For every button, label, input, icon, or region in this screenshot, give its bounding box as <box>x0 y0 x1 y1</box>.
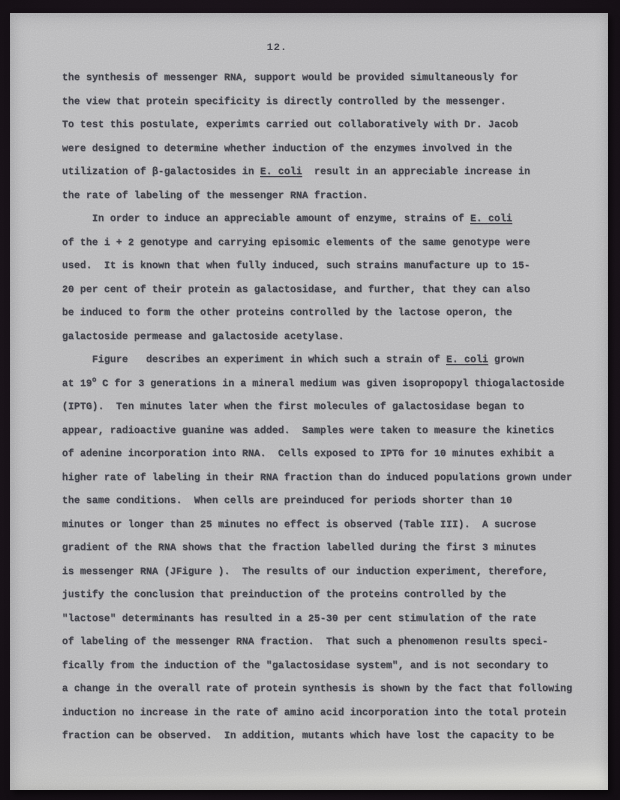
text-segment: fraction can be observed. In addition, m… <box>62 731 554 742</box>
text-segment: be induced to form the other proteins co… <box>62 308 512 319</box>
text-segment: 20 per cent of their protein as galactos… <box>62 285 530 296</box>
text-line: appear, radioactive guanine was added. S… <box>62 420 596 444</box>
text-line: of adenine incorporation into RNA. Cells… <box>62 443 596 467</box>
text-line: "lactose" determinants has resulted in a… <box>62 608 596 632</box>
text-line: a change in the overall rate of protein … <box>62 678 596 702</box>
text-segment: To test this postulate, experimts carrie… <box>62 120 518 131</box>
text-line: 20 per cent of their protein as galactos… <box>62 279 596 303</box>
text-line: the rate of labeling of the messenger RN… <box>62 185 596 209</box>
text-line: galactoside permease and galactoside ace… <box>62 326 596 350</box>
text-segment: Figure describes an experiment in which … <box>62 355 446 366</box>
text-segment: result in an appreciable increase in <box>302 167 530 178</box>
underlined-term: E. coli <box>446 355 488 366</box>
text-line: were designed to determine whether induc… <box>62 138 596 162</box>
underlined-term: E. coli <box>470 214 512 225</box>
text-line: utilization of β-galactosides in E. coli… <box>62 161 596 185</box>
text-line: used. It is known that when fully induce… <box>62 255 596 279</box>
text-line: of labeling of the messenger RNA fractio… <box>62 631 596 655</box>
text-line: the synthesis of messenger RNA, support … <box>62 67 596 91</box>
text-segment: C for 3 generations in a mineral medium … <box>96 379 564 390</box>
text-line: the view that protein specificity is dir… <box>62 91 596 115</box>
text-line: higher rate of labeling in their RNA fra… <box>62 467 596 491</box>
text-line: of the i + 2 genotype and carrying episo… <box>62 232 596 256</box>
text-segment: induction no increase in the rate of ami… <box>62 708 566 719</box>
text-segment: fically from the induction of the "galac… <box>62 661 548 672</box>
text-segment: minutes or longer than 25 minutes no eff… <box>62 520 536 531</box>
text-segment: of labeling of the messenger RNA fractio… <box>62 637 548 648</box>
document-page: 12. the synthesis of messenger RNA, supp… <box>10 13 608 790</box>
page-text: the synthesis of messenger RNA, support … <box>62 67 596 749</box>
underlined-term: E. coli <box>260 167 302 178</box>
text-segment: In order to induce an appreciable amount… <box>62 214 470 225</box>
text-line: the same conditions. When cells are prei… <box>62 490 596 514</box>
text-line: is messenger RNA (JFigure ). The results… <box>62 561 596 585</box>
text-segment: utilization of β-galactosides in <box>62 167 260 178</box>
text-segment: "lactose" determinants has resulted in a… <box>62 614 536 625</box>
text-segment: the synthesis of messenger RNA, support … <box>62 73 518 84</box>
text-line: induction no increase in the rate of ami… <box>62 702 596 726</box>
text-segment: grown <box>488 355 524 366</box>
text-segment: is messenger RNA (JFigure ). The results… <box>62 567 548 578</box>
text-segment: appear, radioactive guanine was added. S… <box>62 426 554 437</box>
text-line: fraction can be observed. In addition, m… <box>62 725 596 749</box>
photo-background: 12. the synthesis of messenger RNA, supp… <box>0 0 620 800</box>
text-segment: gradient of the RNA shows that the fract… <box>62 543 536 554</box>
text-line: In order to induce an appreciable amount… <box>62 208 596 232</box>
text-segment: a change in the overall rate of protein … <box>62 684 572 695</box>
text-line: be induced to form the other proteins co… <box>62 302 596 326</box>
text-line: justify the conclusion that preinduction… <box>62 584 596 608</box>
text-segment: the rate of labeling of the messenger RN… <box>62 191 368 202</box>
text-segment: of the i + 2 genotype and carrying episo… <box>62 238 530 249</box>
text-segment: at 19 <box>62 379 92 390</box>
text-segment: higher rate of labeling in their RNA fra… <box>62 473 572 484</box>
text-line: at 19o C for 3 generations in a mineral … <box>62 373 596 397</box>
text-line: minutes or longer than 25 minutes no eff… <box>62 514 596 538</box>
text-segment: the same conditions. When cells are prei… <box>62 496 512 507</box>
text-line: fically from the induction of the "galac… <box>62 655 596 679</box>
text-line: To test this postulate, experimts carrie… <box>62 114 596 138</box>
text-line: (IPTG). Ten minutes later when the first… <box>62 396 596 420</box>
text-segment: (IPTG). Ten minutes later when the first… <box>62 402 524 413</box>
text-segment: used. It is known that when fully induce… <box>62 261 530 272</box>
text-line: Figure describes an experiment in which … <box>62 349 596 373</box>
page-number: 12. <box>0 42 576 54</box>
text-segment: were designed to determine whether induc… <box>62 144 512 155</box>
text-segment: justify the conclusion that preinduction… <box>62 590 506 601</box>
text-segment: galactoside permease and galactoside ace… <box>62 332 344 343</box>
text-segment: of adenine incorporation into RNA. Cells… <box>62 449 554 460</box>
text-segment: the view that protein specificity is dir… <box>62 97 506 108</box>
text-line: gradient of the RNA shows that the fract… <box>62 537 596 561</box>
